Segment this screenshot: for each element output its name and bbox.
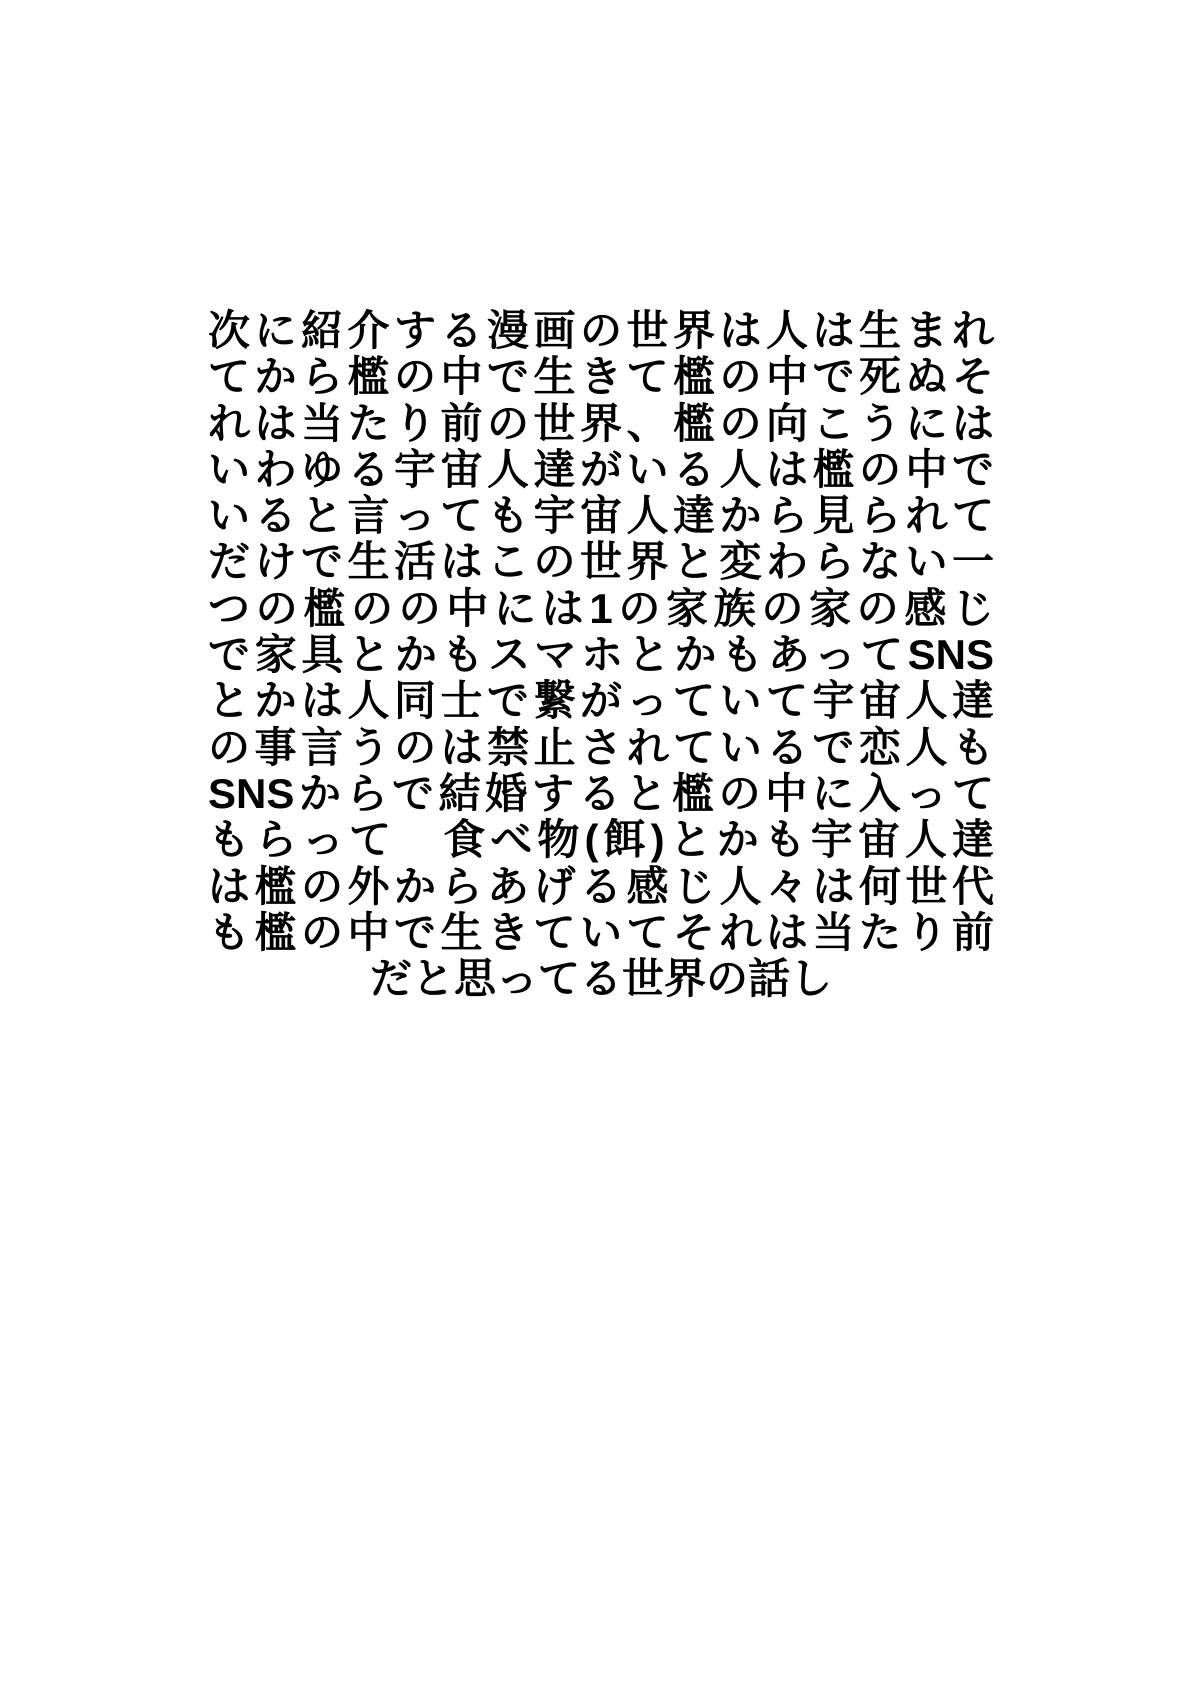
text-line-14: も檻の中で生きていてそれは当たり前 — [208, 910, 994, 956]
text-line-5: いると言っても宇宙人達から見られて — [208, 493, 994, 539]
text-line-6: だけで生活はこの世界と変わらない一 — [208, 539, 994, 585]
text-line-7: つの檻のの中には1の家族の家の感じ — [208, 586, 994, 632]
text-line-9: とかは人同士で繋がっていて宇宙人達 — [208, 678, 994, 724]
text-line-13: は檻の外からあげる感じ人々は何世代 — [208, 864, 994, 910]
text-line-1: 次に紹介する漫画の世界は人は生まれ — [208, 308, 994, 354]
text-line-4: いわゆる宇宙人達がいる人は檻の中で — [208, 447, 994, 493]
text-line-3: れは当たり前の世界、檻の向こうには — [208, 401, 994, 447]
text-line-11: SNSからで結婚すると檻の中に入って — [208, 771, 994, 817]
text-line-10: の事言うのは禁止されているで恋人も — [208, 725, 994, 771]
text-block: 次に紹介する漫画の世界は人は生まれ てから檻の中で生きて檻の中で死ぬそ れは当た… — [208, 308, 994, 1002]
page: 次に紹介する漫画の世界は人は生まれ てから檻の中で生きて檻の中で死ぬそ れは当た… — [0, 0, 1200, 1683]
text-line-15: だと思ってる世界の話し — [208, 956, 994, 1002]
text-line-2: てから檻の中で生きて檻の中で死ぬそ — [208, 354, 994, 400]
text-line-12: もらって 食べ物(餌)とかも宇宙人達 — [208, 817, 994, 863]
text-line-8: で家具とかもスマホとかもあってSNS — [208, 632, 994, 678]
